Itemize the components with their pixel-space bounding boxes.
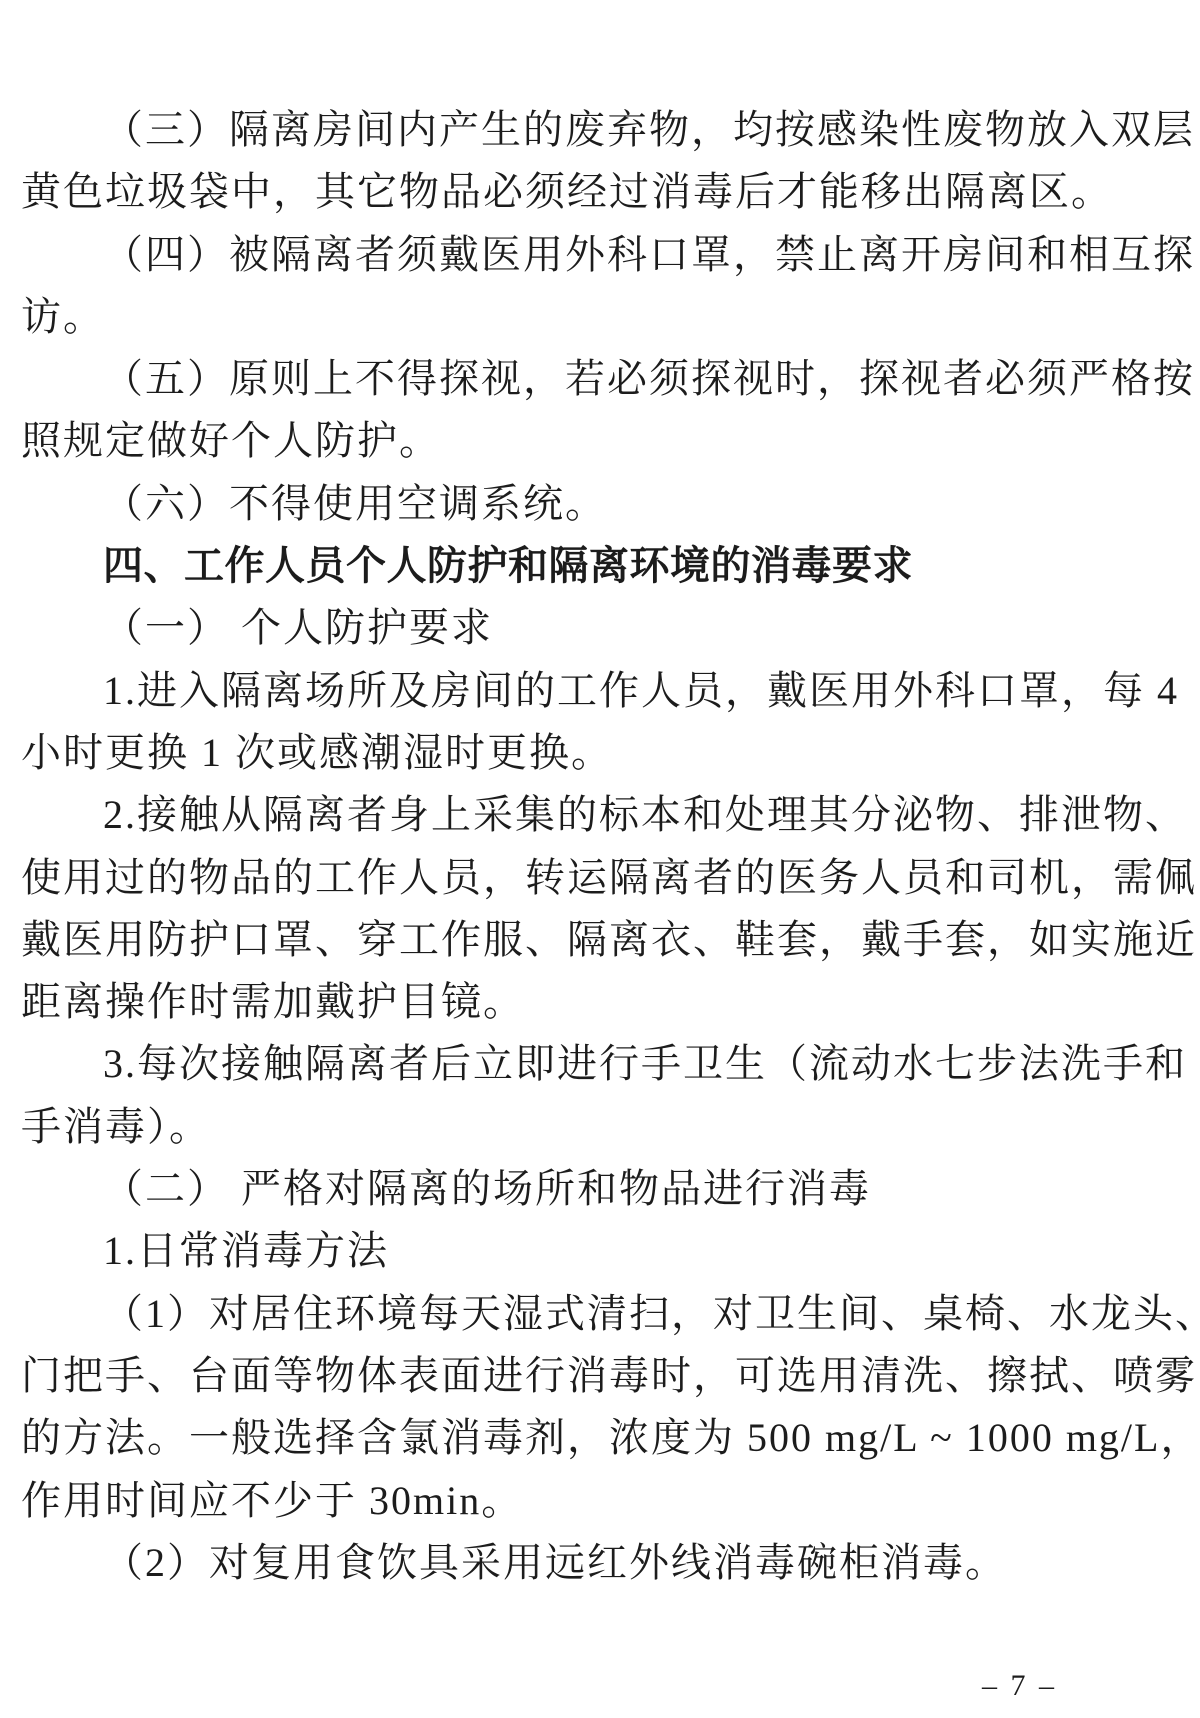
text-line: 照规定做好个人防护。 — [21, 410, 1182, 472]
text-line: 距离操作时需加戴护目镜。 — [21, 971, 1182, 1033]
text-line: 小时更换 1 次或感潮湿时更换。 — [21, 722, 1182, 784]
text-line: 1.进入隔离场所及房间的工作人员，戴医用外科口罩，每 4 — [21, 660, 1182, 722]
text-line: 作用时间应不少于 30min。 — [21, 1470, 1182, 1532]
text-line: （五）原则上不得探视，若必须探视时，探视者必须严格按 — [21, 348, 1182, 410]
text-line: 黄色垃圾袋中，其它物品必须经过消毒后才能移出隔离区。 — [21, 161, 1182, 223]
text-line: （四）被隔离者须戴医用外科口罩，禁止离开房间和相互探 — [21, 224, 1182, 286]
document-body: （三）隔离房间内产生的废弃物，均按感染性废物放入双层黄色垃圾袋中，其它物品必须经… — [21, 99, 1182, 1594]
text-line: 访。 — [21, 286, 1182, 348]
text-line: 的方法。一般选择含氯消毒剂，浓度为 500 mg/L ~ 1000 mg/L， — [21, 1407, 1182, 1469]
text-line: 使用过的物品的工作人员，转运隔离者的医务人员和司机，需佩 — [21, 847, 1182, 909]
document-page: （三）隔离房间内产生的废弃物，均按感染性废物放入双层黄色垃圾袋中，其它物品必须经… — [0, 0, 1200, 1718]
text-line: （六）不得使用空调系统。 — [21, 473, 1182, 535]
text-line: （二） 严格对隔离的场所和物品进行消毒 — [21, 1158, 1182, 1220]
page-number: – 7 – — [982, 1668, 1057, 1704]
text-line: （一） 个人防护要求 — [21, 597, 1182, 659]
text-line: 四、工作人员个人防护和隔离环境的消毒要求 — [21, 535, 1182, 597]
text-line: （1）对居住环境每天湿式清扫，对卫生间、桌椅、水龙头、 — [21, 1283, 1182, 1345]
text-line: 3.每次接触隔离者后立即进行手卫生（流动水七步法洗手和 — [21, 1033, 1182, 1095]
text-line: （2）对复用食饮具采用远红外线消毒碗柜消毒。 — [21, 1532, 1182, 1594]
text-line: 手消毒）。 — [21, 1096, 1182, 1158]
text-line: （三）隔离房间内产生的废弃物，均按感染性废物放入双层 — [21, 99, 1182, 161]
text-line: 戴医用防护口罩、穿工作服、隔离衣、鞋套，戴手套，如实施近 — [21, 909, 1182, 971]
text-line: 门把手、台面等物体表面进行消毒时，可选用清洗、擦拭、喷雾 — [21, 1345, 1182, 1407]
text-line: 2.接触从隔离者身上采集的标本和处理其分泌物、排泄物、 — [21, 784, 1182, 846]
text-line: 1.日常消毒方法 — [21, 1220, 1182, 1282]
